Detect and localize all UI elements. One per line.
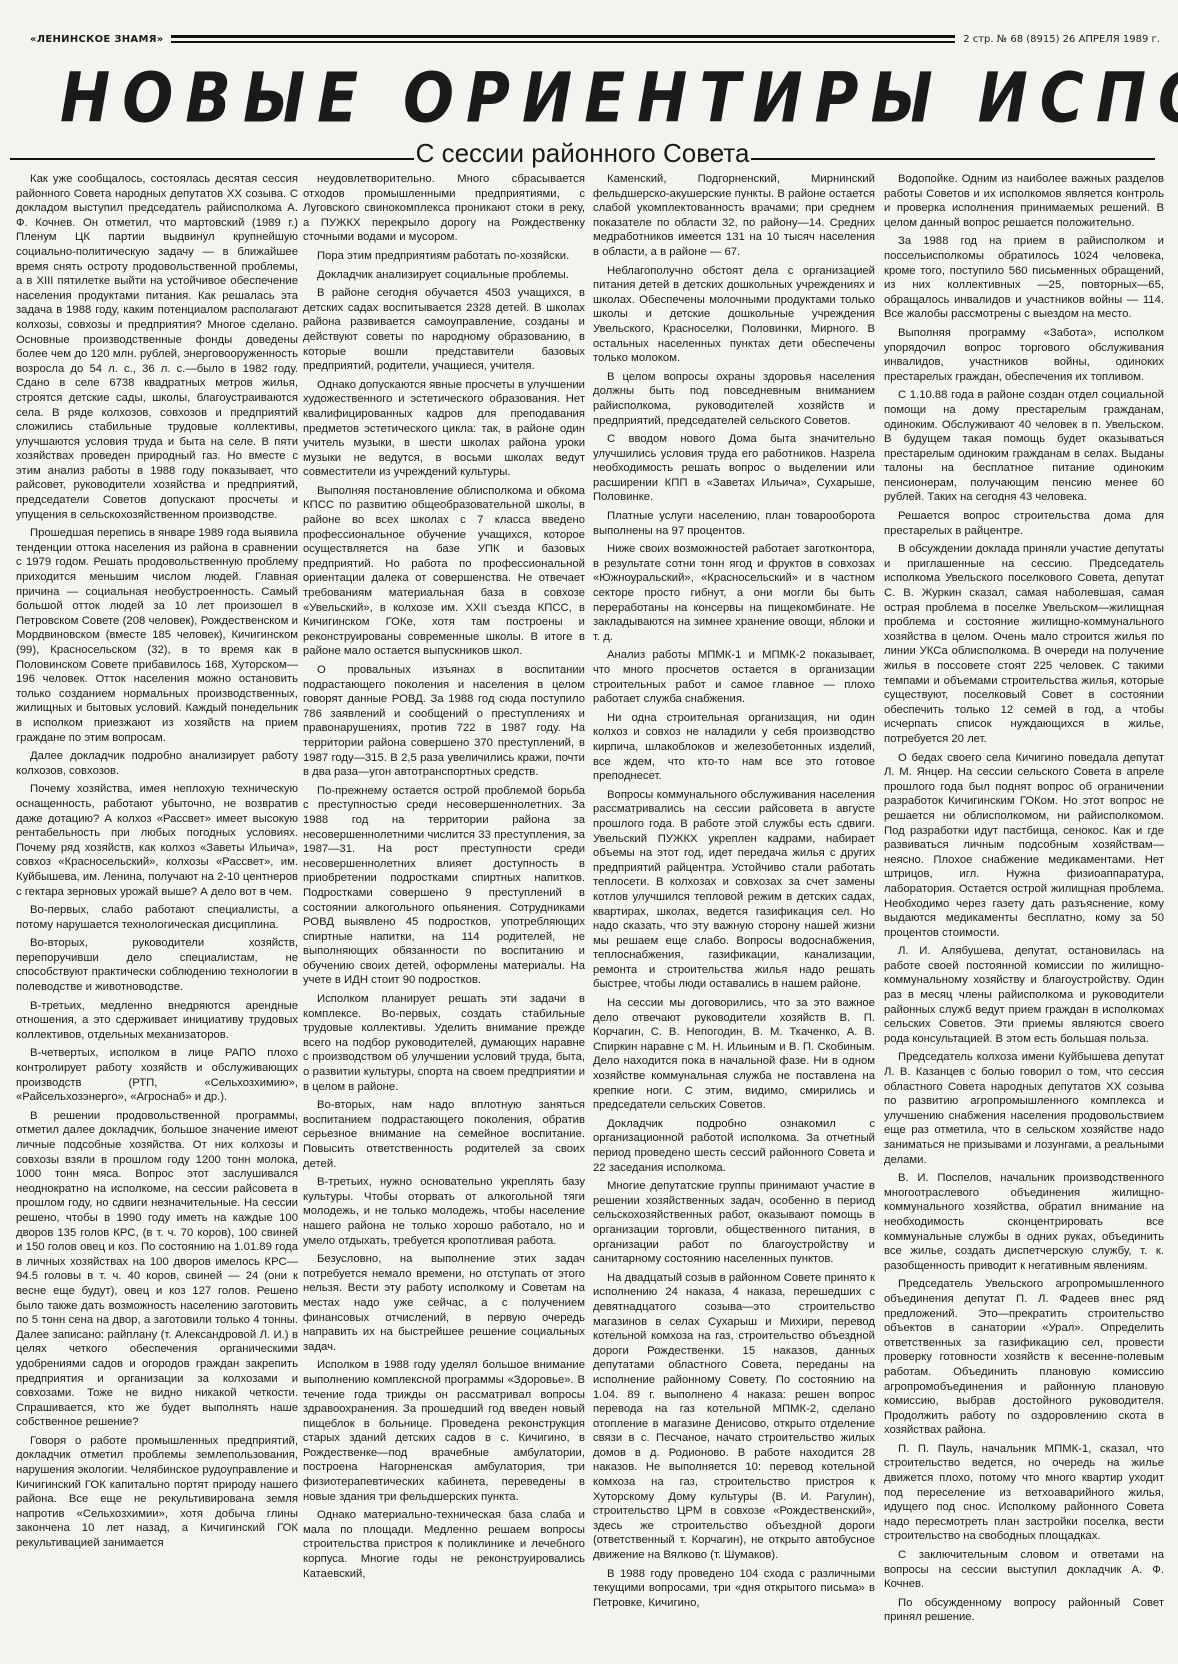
article-paragraph: На сессии мы договорились, что за это ва… xyxy=(593,996,875,1113)
article-paragraph: На двадцатый созыв в районном Совете при… xyxy=(593,1271,875,1563)
subheadline-rule-right xyxy=(751,158,1155,160)
article-column-2: неудовлетворительно. Много сбрасывается … xyxy=(303,172,585,1585)
subheadline-row: С сессии районного Совета xyxy=(10,136,1155,170)
masthead: «ЛЕНИНСКОЕ ЗНАМЯ» 2 стр. № 68 (8915) 26 … xyxy=(30,28,1160,50)
article-paragraph: В целом вопросы охраны здоровья населени… xyxy=(593,370,875,428)
article-paragraph: Почему хозяйства, имея неплохую техничес… xyxy=(16,782,298,899)
article-paragraph: Пора этим предприятиям работать по-хозяй… xyxy=(303,249,585,264)
article-paragraph: Ни одна строительная организация, ни оди… xyxy=(593,711,875,784)
article-paragraph: П. П. Пауль, начальник МПМК-1, сказал, ч… xyxy=(884,1442,1164,1544)
article-paragraph: Безусловно, на выполнение этих задач пот… xyxy=(303,1252,585,1354)
article-paragraph: Выполняя постановление облисполкома и об… xyxy=(303,484,585,659)
article-paragraph: Водопойке. Одним из наиболее важных разд… xyxy=(884,172,1164,230)
article-paragraph: Однако допускаются явные просчеты в улуч… xyxy=(303,378,585,480)
article-column-1: Как уже сообщалось, состоялась десятая с… xyxy=(16,172,298,1555)
article-paragraph: В-третьих, нужно основательно укреплять … xyxy=(303,1175,585,1248)
article-paragraph: С вводом нового Дома быта значительно ул… xyxy=(593,432,875,505)
subheadline-rule-left xyxy=(10,158,414,160)
article-paragraph: Во-первых, слабо работают специалисты, а… xyxy=(16,903,298,932)
article-paragraph: Анализ работы МПМК-1 и МПМК-2 показывает… xyxy=(593,648,875,706)
article-paragraph: Неблагополучно обстоят дела с организаци… xyxy=(593,264,875,366)
article-paragraph: В 1988 году проведено 104 схода с различ… xyxy=(593,1567,875,1611)
article-paragraph: Прошедшая перепись в январе 1989 года вы… xyxy=(16,526,298,745)
article-paragraph: По-прежнему остается острой проблемой бо… xyxy=(303,784,585,988)
article-paragraph: Председатель колхоза имени Куйбышева деп… xyxy=(884,1050,1164,1167)
article-paragraph: Во-вторых, нам надо вплотную заняться во… xyxy=(303,1098,585,1171)
article-paragraph: В-третьих, медленно внедряются арендные … xyxy=(16,999,298,1043)
article-paragraph: За 1988 год на прием в райисполком и пос… xyxy=(884,234,1164,322)
article-paragraph: Вопросы коммунального обслуживания насел… xyxy=(593,788,875,992)
article-column-3: Каменский, Подгорненский, Мирнинский фел… xyxy=(593,172,875,1614)
masthead-rule-divider xyxy=(171,34,955,45)
article-paragraph: Докладчик анализирует социальные проблем… xyxy=(303,268,585,283)
article-column-4: Водопойке. Одним из наиболее важных разд… xyxy=(884,172,1164,1629)
article-headline: НОВЫЕ ОРИЕНТИРЫ ИСПОЛКОМА xyxy=(60,58,1120,139)
article-paragraph: Решается вопрос строительства дома для п… xyxy=(884,509,1164,538)
article-paragraph: О провальных изъянах в воспитании подрас… xyxy=(303,663,585,780)
article-paragraph: Платные услуги населению, план товарообо… xyxy=(593,509,875,538)
newspaper-name: «ЛЕНИНСКОЕ ЗНАМЯ» xyxy=(30,34,163,45)
article-paragraph: Далее докладчик подробно анализирует раб… xyxy=(16,749,298,778)
article-paragraph: В районе сегодня обучается 4503 учащихся… xyxy=(303,286,585,374)
article-paragraph: Исполком в 1988 году уделял большое вним… xyxy=(303,1358,585,1504)
article-paragraph: Однако материально-техническая база слаб… xyxy=(303,1508,585,1581)
article-paragraph: Ниже своих возможностей работает заготко… xyxy=(593,542,875,644)
article-paragraph: В решении продовольственной программы, о… xyxy=(16,1109,298,1430)
issue-info: 2 стр. № 68 (8915) 26 АПРЕЛЯ 1989 г. xyxy=(963,34,1160,45)
article-paragraph: С 1.10.88 года в районе создан отдел соц… xyxy=(884,388,1164,505)
article-paragraph: По обсужденному вопросу районный Совет п… xyxy=(884,1596,1164,1625)
newspaper-page: «ЛЕНИНСКОЕ ЗНАМЯ» 2 стр. № 68 (8915) 26 … xyxy=(0,0,1178,1664)
article-paragraph: Председатель Увельского агропромышленног… xyxy=(884,1277,1164,1438)
article-subheadline: С сессии районного Совета xyxy=(414,138,752,169)
article-paragraph: Многие депутатские группы принимают учас… xyxy=(593,1179,875,1267)
article-paragraph: С заключительным словом и ответами на во… xyxy=(884,1548,1164,1592)
article-paragraph: Докладчик подробно ознакомил с организац… xyxy=(593,1117,875,1175)
article-paragraph: неудовлетворительно. Много сбрасывается … xyxy=(303,172,585,245)
article-paragraph: В. И. Поспелов, начальник производственн… xyxy=(884,1171,1164,1273)
article-paragraph: Исполком планирует решать эти задачи в к… xyxy=(303,992,585,1094)
article-paragraph: Во-вторых, руководители хозяйств, перепо… xyxy=(16,936,298,994)
article-paragraph: Каменский, Подгорненский, Мирнинский фел… xyxy=(593,172,875,260)
article-paragraph: О бедах своего села Кичигино поведала де… xyxy=(884,751,1164,941)
article-paragraph: В-четвертых, исполком в лице РАПО плохо … xyxy=(16,1046,298,1104)
article-paragraph: Говоря о работе промышленных предприятий… xyxy=(16,1434,298,1551)
article-paragraph: В обсуждении доклада приняли участие деп… xyxy=(884,542,1164,746)
article-paragraph: Выполняя программу «Забота», исполком уп… xyxy=(884,326,1164,384)
article-paragraph: Л. И. Алябушева, депутат, остановилась н… xyxy=(884,944,1164,1046)
article-paragraph: Как уже сообщалось, состоялась десятая с… xyxy=(16,172,298,522)
